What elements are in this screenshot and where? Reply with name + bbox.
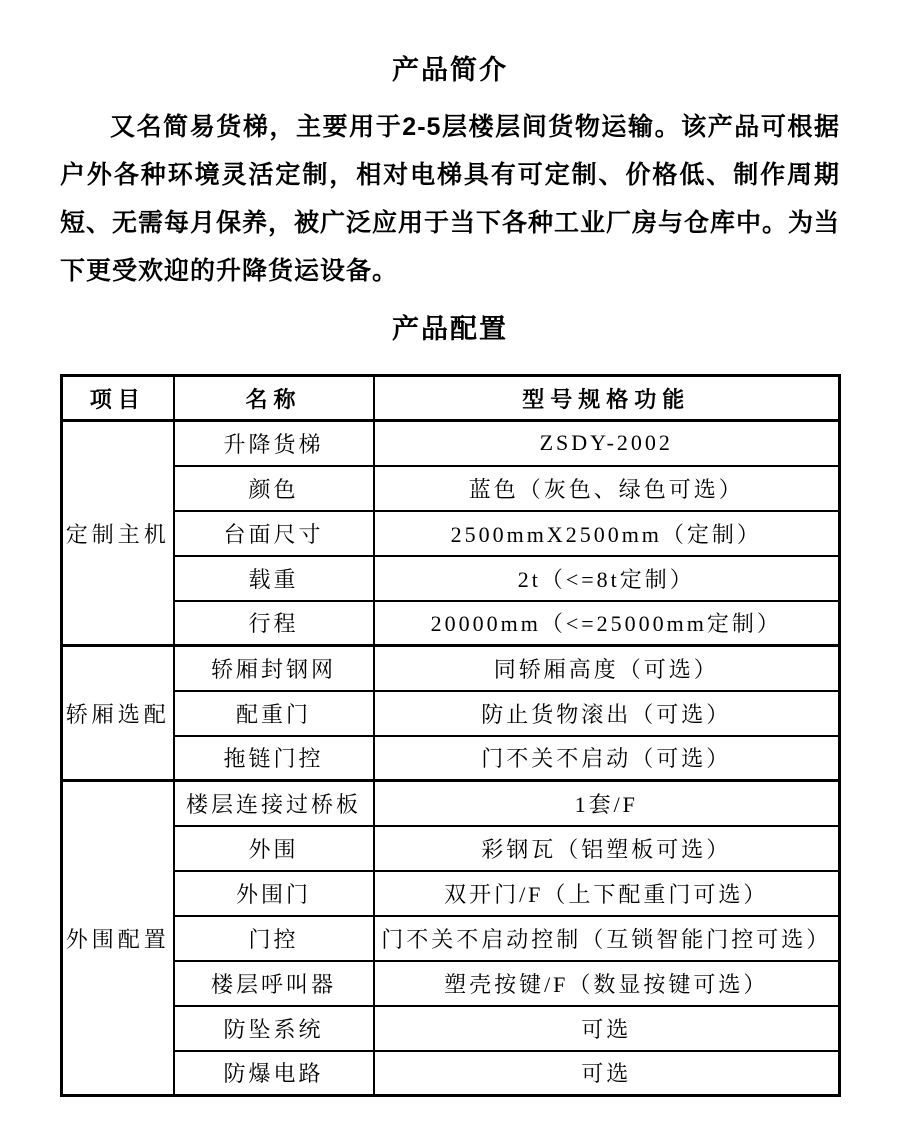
spec-value-cell: 可选 [374,1051,840,1096]
table-row: 防坠系统可选 [62,1006,840,1051]
spec-value-cell: 1套/F [374,781,840,826]
column-header-item: 项目 [62,376,174,421]
item-name-cell: 载重 [174,556,374,601]
table-row: 颜色蓝色（灰色、绿色可选） [62,466,840,511]
item-name-cell: 颜色 [174,466,374,511]
group-label-cell: 定制主机 [62,421,174,646]
column-header-spec: 型号规格功能 [374,376,840,421]
spec-value-cell: 同轿厢高度（可选） [374,646,840,691]
spec-value-cell: 塑壳按键/F（数显按键可选） [374,961,840,1006]
spec-value-cell: 门不关不启动控制（互锁智能门控可选） [374,916,840,961]
spec-value-cell: 20000mm（<=25000mm定制） [374,601,840,646]
spec-value-cell: 双开门/F（上下配重门可选） [374,871,840,916]
table-row: 外围门双开门/F（上下配重门可选） [62,871,840,916]
spec-value-cell: 2t（<=8t定制） [374,556,840,601]
table-row: 楼层呼叫器塑壳按键/F（数显按键可选） [62,961,840,1006]
table-row: 外围配置楼层连接过桥板1套/F [62,781,840,826]
item-name-cell: 台面尺寸 [174,511,374,556]
column-header-name: 名称 [174,376,374,421]
config-section-title: 产品配置 [60,307,840,346]
table-header-row: 项目 名称 型号规格功能 [62,376,840,421]
item-name-cell: 轿厢封钢网 [174,646,374,691]
item-name-cell: 拖链门控 [174,736,374,781]
item-name-cell: 门控 [174,916,374,961]
spec-value-cell: 门不关不启动（可选） [374,736,840,781]
table-row: 外围彩钢瓦（铝塑板可选） [62,826,840,871]
spec-value-cell: 防止货物滚出（可选） [374,691,840,736]
intro-section-title: 产品简介 [60,0,840,87]
table-row: 拖链门控门不关不启动（可选） [62,736,840,781]
table-row: 行程20000mm（<=25000mm定制） [62,601,840,646]
table-row: 门控门不关不启动控制（互锁智能门控可选） [62,916,840,961]
item-name-cell: 升降货梯 [174,421,374,466]
table-row: 台面尺寸2500mmX2500mm（定制） [62,511,840,556]
table-row: 载重2t（<=8t定制） [62,556,840,601]
table-row: 轿厢选配轿厢封钢网同轿厢高度（可选） [62,646,840,691]
document-page: 产品简介 又名简易货梯，主要用于2-5层楼层间货物运输。该产品可根据户外各种环境… [0,0,900,1097]
group-label-cell: 轿厢选配 [62,646,174,781]
item-name-cell: 配重门 [174,691,374,736]
spec-value-cell: 可选 [374,1006,840,1051]
item-name-cell: 楼层呼叫器 [174,961,374,1006]
item-name-cell: 外围 [174,826,374,871]
item-name-cell: 防爆电路 [174,1051,374,1096]
config-table: 项目 名称 型号规格功能 定制主机升降货梯ZSDY-2002颜色蓝色（灰色、绿色… [60,374,841,1097]
item-name-cell: 楼层连接过桥板 [174,781,374,826]
spec-value-cell: 彩钢瓦（铝塑板可选） [374,826,840,871]
table-row: 配重门防止货物滚出（可选） [62,691,840,736]
group-label-cell: 外围配置 [62,781,174,1096]
item-name-cell: 外围门 [174,871,374,916]
spec-value-cell: 蓝色（灰色、绿色可选） [374,466,840,511]
spec-value-cell: ZSDY-2002 [374,421,840,466]
config-table-body: 定制主机升降货梯ZSDY-2002颜色蓝色（灰色、绿色可选）台面尺寸2500mm… [62,421,840,1096]
item-name-cell: 防坠系统 [174,1006,374,1051]
intro-paragraph: 又名简易货梯，主要用于2-5层楼层间货物运输。该产品可根据户外各种环境灵活定制，… [60,103,840,295]
spec-value-cell: 2500mmX2500mm（定制） [374,511,840,556]
table-row: 定制主机升降货梯ZSDY-2002 [62,421,840,466]
item-name-cell: 行程 [174,601,374,646]
table-row: 防爆电路可选 [62,1051,840,1096]
